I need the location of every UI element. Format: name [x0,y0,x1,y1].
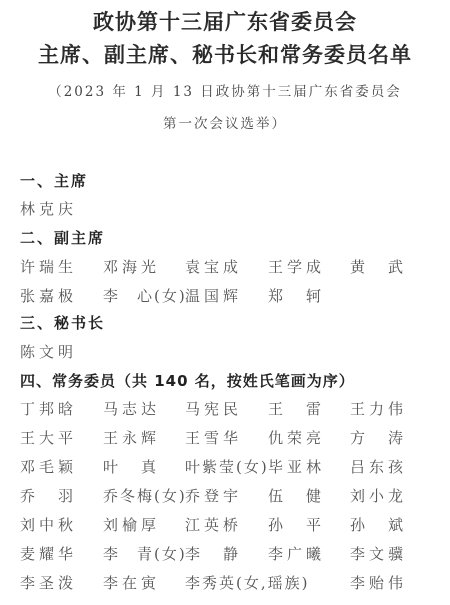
name-entry: 刘中秋 [20,514,77,535]
name-entry: 孙 斌 [350,514,407,535]
name-entry: 王大平 [20,427,77,448]
standing-committee-row: 王大平 王永辉 王雪华 仇荣亮 方 涛 [20,427,440,451]
section-heading-chairman: 一、主席 [20,170,88,191]
name-entry: 乔登宇 [185,485,242,506]
name-entry: 孙 平 [268,514,325,535]
name-entry: 乔 羽 [20,485,77,506]
section-heading-standing-committee: 四、常务委员（共 140 名，按姓氏笔画为序） [20,370,355,391]
section-heading-secretary-general: 三、秘书长 [20,312,105,333]
name-entry: 袁宝成 [185,256,242,277]
name-entry: 毕亚林 [268,456,325,477]
name-entry: 邓海光 [103,256,160,277]
name-entry: 王雪华 [185,427,242,448]
name-entry: 李 青(女) [103,543,187,564]
vice-chairmen-row: 许瑞生 邓海光 袁宝成 王学成 黄 武 [20,256,440,280]
name-entry: 许瑞生 [20,256,77,277]
name-entry: 刘榆厚 [103,514,160,535]
standing-committee-row: 李圣泼 李在寅 李秀英(女,瑶族) 李贻伟 [20,572,440,596]
name-entry: 李 静 [185,543,242,564]
name-entry: 刘小龙 [350,485,407,506]
standing-committee-row: 刘中秋 刘榆厚 江英桥 孙 平 孙 斌 [20,514,440,538]
standing-committee-row: 乔 羽 乔冬梅(女) 乔登宇 伍 健 刘小龙 [20,485,440,509]
document-subtitle-line2: 第一次会议选举） [0,112,450,132]
name-entry: 乔冬梅(女) [103,485,187,506]
name-entry: 王永辉 [103,427,160,448]
name-entry: 丁邦晗 [20,398,77,419]
name-entry: 李圣泼 [20,572,77,593]
name-entry: 麦耀华 [20,543,77,564]
name-entry: 张嘉极 [20,285,77,306]
standing-committee-row: 麦耀华 李 青(女) 李 静 李广曦 李文骥 [20,543,440,567]
name-entry: 王 雷 [268,398,325,419]
name-entry: 王学成 [268,256,325,277]
standing-committee-row: 邓毛颖 叶 真 叶紫莹(女) 毕亚林 吕东孩 [20,456,440,480]
name-entry: 李文骥 [350,543,407,564]
document-title-line1: 政协第十三届广东省委员会 [0,5,450,38]
name-entry: 邓毛颖 [20,456,77,477]
name-entry: 林克庆 [20,198,77,219]
section-heading-vice-chairmen: 二、副主席 [20,227,105,248]
document-title-line2: 主席、副主席、秘书长和常务委员名单 [0,38,450,71]
name-entry: 吕东孩 [350,456,407,477]
name-entry: 陈文明 [20,341,77,362]
name-entry: 叶 真 [103,456,160,477]
standing-committee-row: 丁邦晗 马志达 马宪民 王 雷 王力伟 [20,398,440,422]
document-page: 政协第十三届广东省委员会 主席、副主席、秘书长和常务委员名单 （2023 年 1… [0,0,450,605]
chairman-row: 林克庆 [20,198,440,222]
name-entry: 李广曦 [268,543,325,564]
name-entry: 江英桥 [185,514,242,535]
name-entry: 仇荣亮 [268,427,325,448]
secretary-general-row: 陈文明 [20,341,440,365]
name-entry: 李秀英(女,瑶族) [185,572,309,593]
vice-chairmen-row: 张嘉极 李 心(女) 温国辉 郑 轲 [20,285,440,309]
name-entry: 马宪民 [185,398,242,419]
name-entry: 李在寅 [103,572,160,593]
document-subtitle-line1: （2023 年 1 月 13 日政协第十三届广东省委员会 [0,80,450,100]
name-entry: 马志达 [103,398,160,419]
name-entry: 温国辉 [185,285,242,306]
name-entry: 李贻伟 [350,572,407,593]
name-entry: 方 涛 [350,427,407,448]
name-entry: 李 心(女) [103,285,187,306]
name-entry: 叶紫莹(女) [185,456,269,477]
name-entry: 王力伟 [350,398,407,419]
name-entry: 黄 武 [350,256,407,277]
name-entry: 郑 轲 [268,285,325,306]
name-entry: 伍 健 [268,485,325,506]
